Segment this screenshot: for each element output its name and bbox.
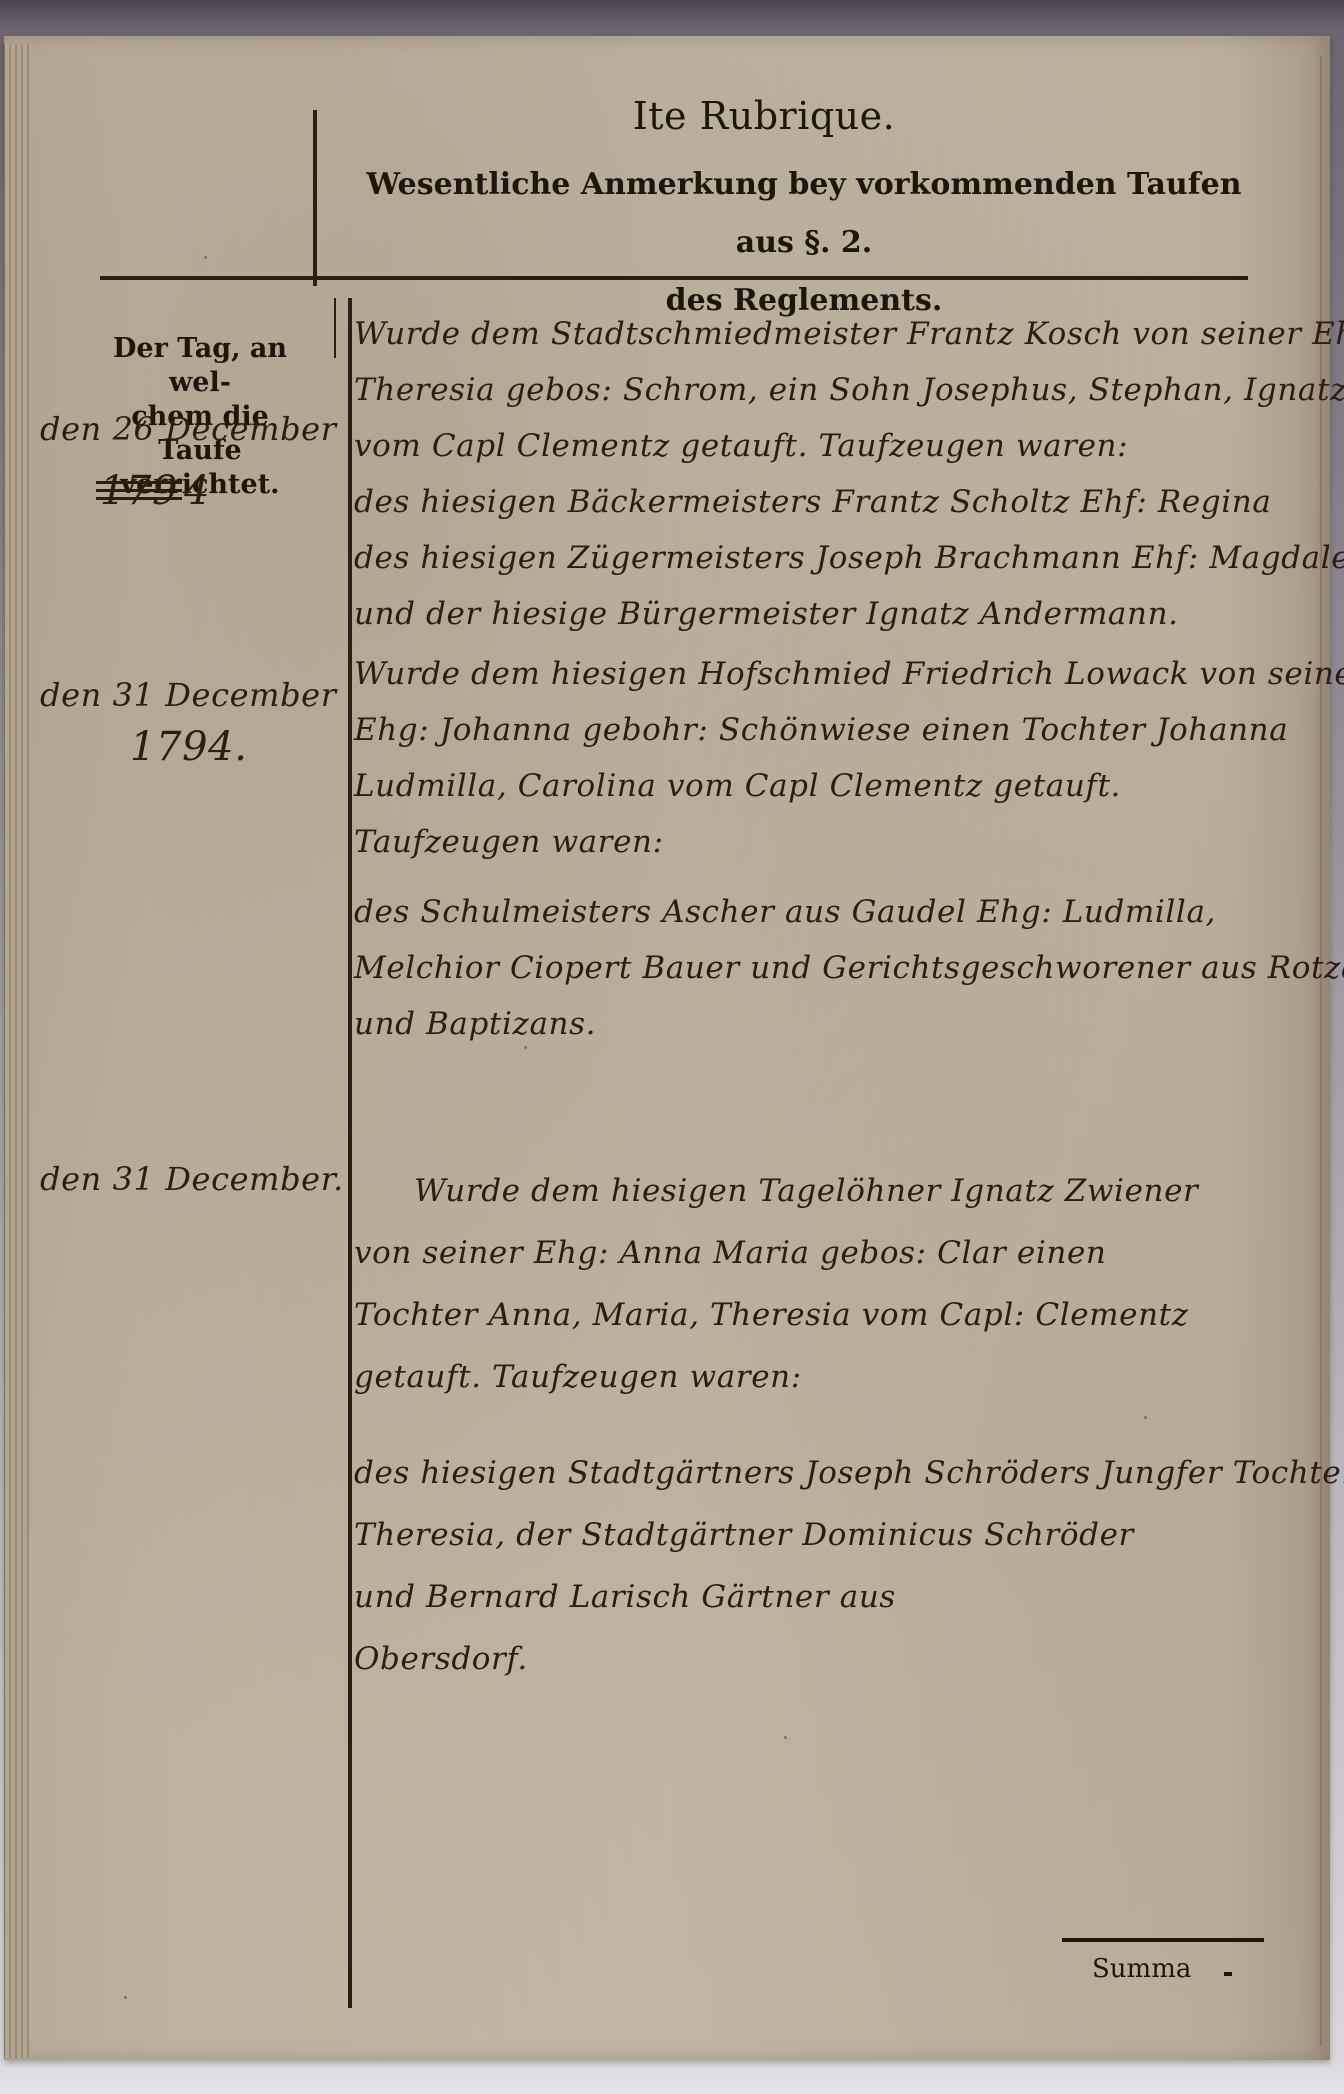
- entry-line: Ehg: Johanna gebohr: Schönwiese einen To…: [354, 702, 1344, 758]
- entry-2-year: 1794.: [130, 724, 248, 770]
- paper-speck: [784, 1736, 787, 1739]
- entry-line: Ludmilla, Carolina vom Capl Clementz get…: [354, 758, 1344, 814]
- header-horizontal-rule: [100, 276, 1248, 280]
- paper-speck: [1144, 1416, 1147, 1419]
- entry-1-date: den 26 December: [40, 410, 337, 448]
- summa-rule: [1062, 1938, 1264, 1942]
- entry-line: Melchior Ciopert Bauer und Gerichtsgesch…: [354, 940, 1344, 996]
- page-subtitle: Wesentliche Anmerkung bey vorkommenden T…: [354, 156, 1254, 330]
- entry-3-date: den 31 December.: [40, 1160, 344, 1198]
- column-header-line: Der Tag, an wel-: [86, 332, 314, 400]
- register-page: Ite Rubrique. Wesentliche Anmerkung bey …: [4, 36, 1330, 2060]
- entry-line: Wurde dem hiesigen Hofschmied Friedrich …: [354, 646, 1344, 702]
- entry-line: Tochter Anna, Maria, Theresia vom Capl: …: [354, 1284, 1344, 1346]
- entry-line: Theresia gebos: Schrom, ein Sohn Josephu…: [354, 362, 1344, 418]
- struck-year: 179: [100, 468, 178, 514]
- summa-label: Summa: [1092, 1954, 1191, 1984]
- paper-speck: [204, 256, 207, 259]
- entry-line: des hiesigen Zügermeisters Joseph Brachm…: [354, 530, 1344, 586]
- page-title: Ite Rubrique.: [564, 94, 964, 138]
- entry-line: des hiesigen Stadtgärtners Joseph Schröd…: [354, 1442, 1344, 1504]
- entry-line: des hiesigen Bäckermeisters Frantz Schol…: [354, 474, 1344, 530]
- corrected-year-digit: 4: [184, 468, 210, 514]
- entry-line: und Baptizans.: [354, 996, 1344, 1052]
- column-divider-rule: [348, 298, 352, 2008]
- paper-speck: [124, 1996, 127, 1999]
- entry-2-text: Wurde dem hiesigen Hofschmied Friedrich …: [354, 646, 1344, 1052]
- entry-line: Wurde dem Stadtschmiedmeister Frantz Kos…: [354, 306, 1344, 362]
- entry-line: des Schulmeisters Ascher aus Gaudel Ehg:…: [354, 884, 1344, 940]
- entry-line: und der hiesige Bürgermeister Ignatz And…: [354, 586, 1344, 642]
- header-vertical-rule: [313, 110, 317, 286]
- entry-1-year: 1794: [100, 468, 210, 514]
- entry-line: von seiner Ehg: Anna Maria gebos: Clar e…: [354, 1222, 1344, 1284]
- entry-line: Obersdorf.: [354, 1628, 1344, 1690]
- entry-1-text: Wurde dem Stadtschmiedmeister Frantz Kos…: [354, 306, 1344, 642]
- stacked-page-edges: [4, 44, 29, 2058]
- date-column-rule: [334, 298, 336, 358]
- subtitle-line-1: Wesentliche Anmerkung bey vorkommenden T…: [354, 156, 1254, 272]
- entry-line: getauft. Taufzeugen waren:: [354, 1346, 1344, 1408]
- entry-line: Theresia, der Stadtgärtner Dominicus Sch…: [354, 1504, 1344, 1566]
- entry-line: und Bernard Larisch Gärtner aus: [354, 1566, 1344, 1628]
- entry-2-date: den 31 December: [40, 676, 337, 714]
- summa-dash: [1224, 1972, 1232, 1976]
- entry-line: Taufzeugen waren:: [354, 814, 1344, 870]
- entry-3-text: Wurde dem hiesigen Tagelöhner Ignatz Zwi…: [354, 1160, 1344, 1690]
- entry-line: vom Capl Clementz getauft. Taufzeugen wa…: [354, 418, 1344, 474]
- entry-line: Wurde dem hiesigen Tagelöhner Ignatz Zwi…: [354, 1160, 1344, 1222]
- paper-speck: [524, 1046, 527, 1049]
